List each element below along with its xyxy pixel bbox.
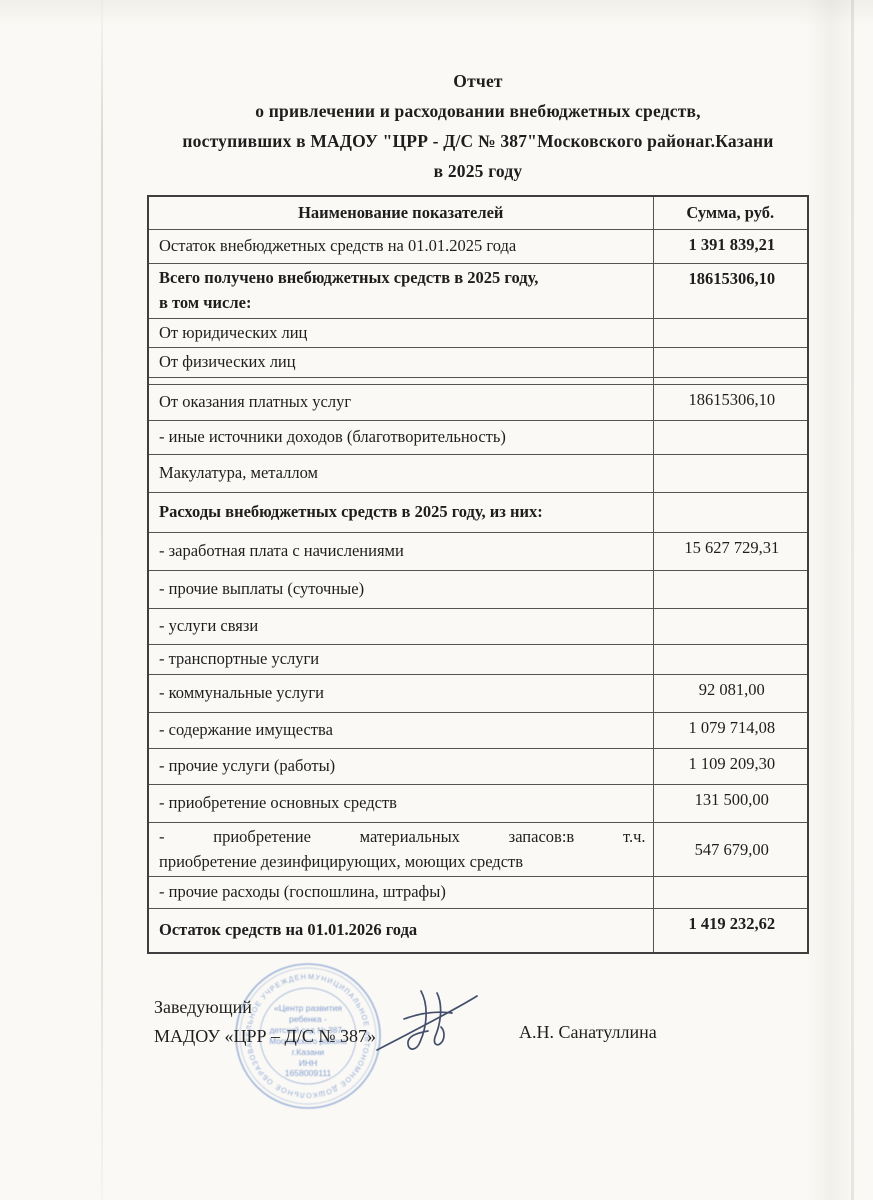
amount-cell: 92 081,00	[653, 674, 808, 712]
scan-shade-top	[0, 0, 873, 26]
signer-name: А.Н. Санатуллина	[519, 1022, 657, 1043]
indicator-name-cell: - приобретение материальных запасов:в т.…	[148, 822, 653, 877]
column-header-amount: Сумма, руб.	[653, 196, 808, 230]
table-row: - прочие услуги (работы)1 109 209,30	[148, 748, 808, 784]
scan-crease-right	[851, 0, 854, 1200]
title-line-2: о привлечении и расходовании внебюджетны…	[110, 96, 846, 126]
table-row: - заработная плата с начислениями15 627 …	[148, 533, 808, 571]
stamp-center-line: ребенка -	[289, 1014, 327, 1024]
indicator-name-cell: - заработная плата с начислениями	[148, 533, 653, 571]
amount-cell	[653, 421, 808, 455]
table-row: От юридических лиц	[148, 318, 808, 348]
indicator-name-cell: Остаток средств на 01.01.2026 года	[148, 909, 653, 953]
indicator-name-cell: Макулатура, металлом	[148, 455, 653, 493]
amount-cell	[653, 645, 808, 675]
report-table-body: Остаток внебюджетных средств на 01.01.20…	[148, 230, 808, 953]
amount-cell	[653, 493, 808, 533]
indicator-name-cell: - прочие услуги (работы)	[148, 748, 653, 784]
indicator-name-cell: Расходы внебюджетных средств в 2025 году…	[148, 493, 653, 533]
table-row: - транспортные услуги	[148, 645, 808, 675]
indicator-name-cell: - содержание имущества	[148, 712, 653, 748]
table-row: - приобретение основных средств131 500,0…	[148, 784, 808, 822]
stamp-center-line: 1658009111	[285, 1068, 332, 1078]
amount-cell: 18615306,10	[653, 385, 808, 421]
handwritten-signature	[374, 984, 482, 1062]
indicator-name-cell: - иные источники доходов (благотворитель…	[148, 421, 653, 455]
indicator-name-cell: От физических лиц	[148, 348, 653, 378]
amount-cell	[653, 609, 808, 645]
table-row: - прочие выплаты (суточные)	[148, 571, 808, 609]
title-line-3: поступивших в МАДОУ "ЦРР - Д/С № 387"Мос…	[110, 126, 846, 156]
amount-cell: 131 500,00	[653, 784, 808, 822]
scan-crease-left	[101, 0, 103, 1200]
table-row: Макулатура, металлом	[148, 455, 808, 493]
indicator-name-cell: Остаток внебюджетных средств на 01.01.20…	[148, 230, 653, 264]
indicator-name-cell: - услуги связи	[148, 609, 653, 645]
amount-cell: 1 079 714,08	[653, 712, 808, 748]
indicator-name-cell: От юридических лиц	[148, 318, 653, 348]
table-row: От оказания платных услуг18615306,10	[148, 385, 808, 421]
table-row: - коммунальные услуги92 081,00	[148, 674, 808, 712]
stamp-center-line: «Центр развития	[274, 1003, 342, 1013]
stamp-center-line: ИНН	[299, 1058, 318, 1068]
table-row: От физических лиц	[148, 348, 808, 378]
table-row: - содержание имущества1 079 714,08	[148, 712, 808, 748]
signature-position-line2: МАДОУ «ЦРР – Д/С № 387»	[154, 1026, 376, 1047]
table-row: - иные источники доходов (благотворитель…	[148, 421, 808, 455]
indicator-name-cell: - прочие расходы (госпошлина, штрафы)	[148, 877, 653, 909]
amount-cell: 547 679,00	[653, 822, 808, 877]
report-table: Наименование показателей Сумма, руб. Ост…	[147, 195, 809, 954]
amount-cell	[653, 455, 808, 493]
table-row: Расходы внебюджетных средств в 2025 году…	[148, 493, 808, 533]
amount-cell: 1 419 232,62	[653, 909, 808, 953]
amount-cell: 18615306,10	[653, 264, 808, 319]
indicator-name-cell: Всего получено внебюджетных средств в 20…	[148, 264, 653, 319]
amount-cell: 1 109 209,30	[653, 748, 808, 784]
indicator-name-cell	[148, 378, 653, 385]
report-title: Отчет о привлечении и расходовании внебю…	[110, 66, 846, 186]
table-row: Остаток внебюджетных средств на 01.01.20…	[148, 230, 808, 264]
scanned-report-page: Отчет о привлечении и расходовании внебю…	[0, 0, 873, 1200]
title-line-1: Отчет	[110, 66, 846, 96]
stamp-center-line: г.Казани	[292, 1047, 325, 1057]
table-row: - приобретение материальных запасов:в т.…	[148, 822, 808, 877]
amount-cell	[653, 877, 808, 909]
amount-cell	[653, 318, 808, 348]
table-row: Остаток средств на 01.01.2026 года1 419 …	[148, 909, 808, 953]
table-header-row: Наименование показателей Сумма, руб.	[148, 196, 808, 230]
column-header-indicator: Наименование показателей	[148, 196, 653, 230]
signature-position-line1: Заведующий	[154, 997, 252, 1018]
table-row: - услуги связи	[148, 609, 808, 645]
title-line-4: в 2025 году	[110, 156, 846, 186]
table-row: - прочие расходы (госпошлина, штрафы)	[148, 877, 808, 909]
indicator-name-cell: - прочие выплаты (суточные)	[148, 571, 653, 609]
table-spacer-row	[148, 378, 808, 385]
amount-cell: 1 391 839,21	[653, 230, 808, 264]
indicator-name-cell: - коммунальные услуги	[148, 674, 653, 712]
table-row: Всего получено внебюджетных средств в 20…	[148, 264, 808, 319]
amount-cell: 15 627 729,31	[653, 533, 808, 571]
amount-cell	[653, 348, 808, 378]
indicator-name-cell: От оказания платных услуг	[148, 385, 653, 421]
indicator-name-cell: - транспортные услуги	[148, 645, 653, 675]
indicator-name-cell: - приобретение основных средств	[148, 784, 653, 822]
amount-cell	[653, 571, 808, 609]
amount-cell	[653, 378, 808, 385]
